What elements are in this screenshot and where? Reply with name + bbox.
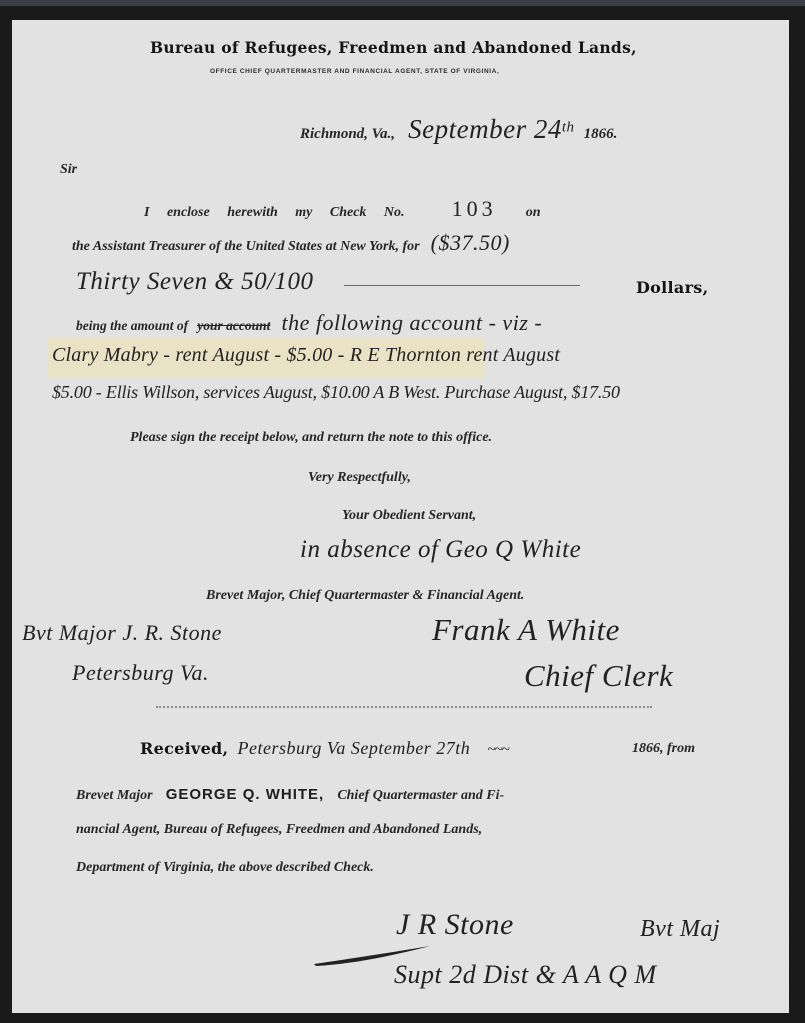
dollars-label: Dollars, xyxy=(636,278,708,297)
letterhead-title: Bureau of Refugees, Freedmen and Abandon… xyxy=(150,38,637,57)
servant-line: Your Obedient Servant, xyxy=(342,508,476,524)
receipt-year-from: 1866, from xyxy=(632,741,695,757)
received-label: Received, xyxy=(140,739,228,758)
accounts-line-2: $5.00 - Ellis Willson, services August, … xyxy=(52,382,620,403)
salutation: Sir xyxy=(60,162,77,178)
dateline-year: 1866. xyxy=(584,126,618,142)
enclose-text: I enclose herewith my Check No. xyxy=(144,205,405,220)
check-number: 103 xyxy=(452,196,497,221)
receipt-flourish: ~~~ xyxy=(487,742,508,758)
body-line-1: I enclose herewith my Check No. 103 on xyxy=(144,196,754,222)
dateline-place: Richmond, Va., xyxy=(300,126,395,142)
top-strip xyxy=(0,0,805,6)
george-q-white-name: GEORGE Q. WHITE, xyxy=(166,786,325,803)
chief-qm-text: Chief Quartermaster and Fi- xyxy=(337,788,504,803)
receipt-line-2: Brevet Major GEORGE Q. WHITE, Chief Quar… xyxy=(76,784,504,804)
dateline-date-suffix: th xyxy=(562,120,575,136)
clerk-signature: Frank A White xyxy=(432,612,620,648)
valediction: Very Respectfully, xyxy=(308,470,411,486)
in-absence-line: in absence of Geo Q White xyxy=(300,536,581,564)
receipt-line-1: Received, Petersburg Va September 27th ~… xyxy=(140,738,760,759)
addressee-place: Petersburg Va. xyxy=(72,660,209,686)
instruction-text: Please sign the receipt below, and retur… xyxy=(130,430,492,446)
body-line-4: being the amount of your account the fol… xyxy=(76,310,542,336)
amount-words: Thirty Seven & 50/100 xyxy=(76,268,314,296)
receipt-place-date: Petersburg Va September 27th xyxy=(238,738,471,758)
following-account-text: the following account - viz - xyxy=(281,310,542,335)
document-page: Bureau of Refugees, Freedmen and Abandon… xyxy=(12,20,789,1013)
on-text: on xyxy=(526,205,541,220)
letterhead-subtitle: OFFICE CHIEF QUARTERMASTER AND FINANCIAL… xyxy=(210,68,499,75)
divider-line xyxy=(156,706,652,708)
receipt-line-4: Department of Virginia, the above descri… xyxy=(76,860,374,876)
stone-title: Supt 2d Dist & A A Q M xyxy=(394,960,657,990)
dateline: Richmond, Va., September 24th 1866. xyxy=(300,114,617,145)
amount-figure: ($37.50) xyxy=(431,230,510,255)
officer-title-line: Brevet Major, Chief Quartermaster & Fina… xyxy=(206,588,524,604)
dateline-date: September 24 xyxy=(408,114,562,144)
receipt-line-3: nancial Agent, Bureau of Refugees, Freed… xyxy=(76,822,482,838)
body-line-2: the Assistant Treasurer of the United St… xyxy=(72,230,510,256)
amount-fill-line xyxy=(344,285,580,286)
accounts-line-1: Clary Mabry - rent August - $5.00 - R E … xyxy=(52,344,560,367)
clerk-title: Chief Clerk xyxy=(524,658,673,694)
struck-text: your account xyxy=(197,318,270,333)
addressee-name: Bvt Major J. R. Stone xyxy=(22,620,222,646)
stone-rank: Bvt Maj xyxy=(640,916,720,943)
treasurer-text: the Assistant Treasurer of the United St… xyxy=(72,239,420,254)
brevet-major-text: Brevet Major xyxy=(76,788,153,803)
being-amount-text: being the amount of xyxy=(76,318,188,333)
stone-signature: J R Stone xyxy=(396,908,514,942)
